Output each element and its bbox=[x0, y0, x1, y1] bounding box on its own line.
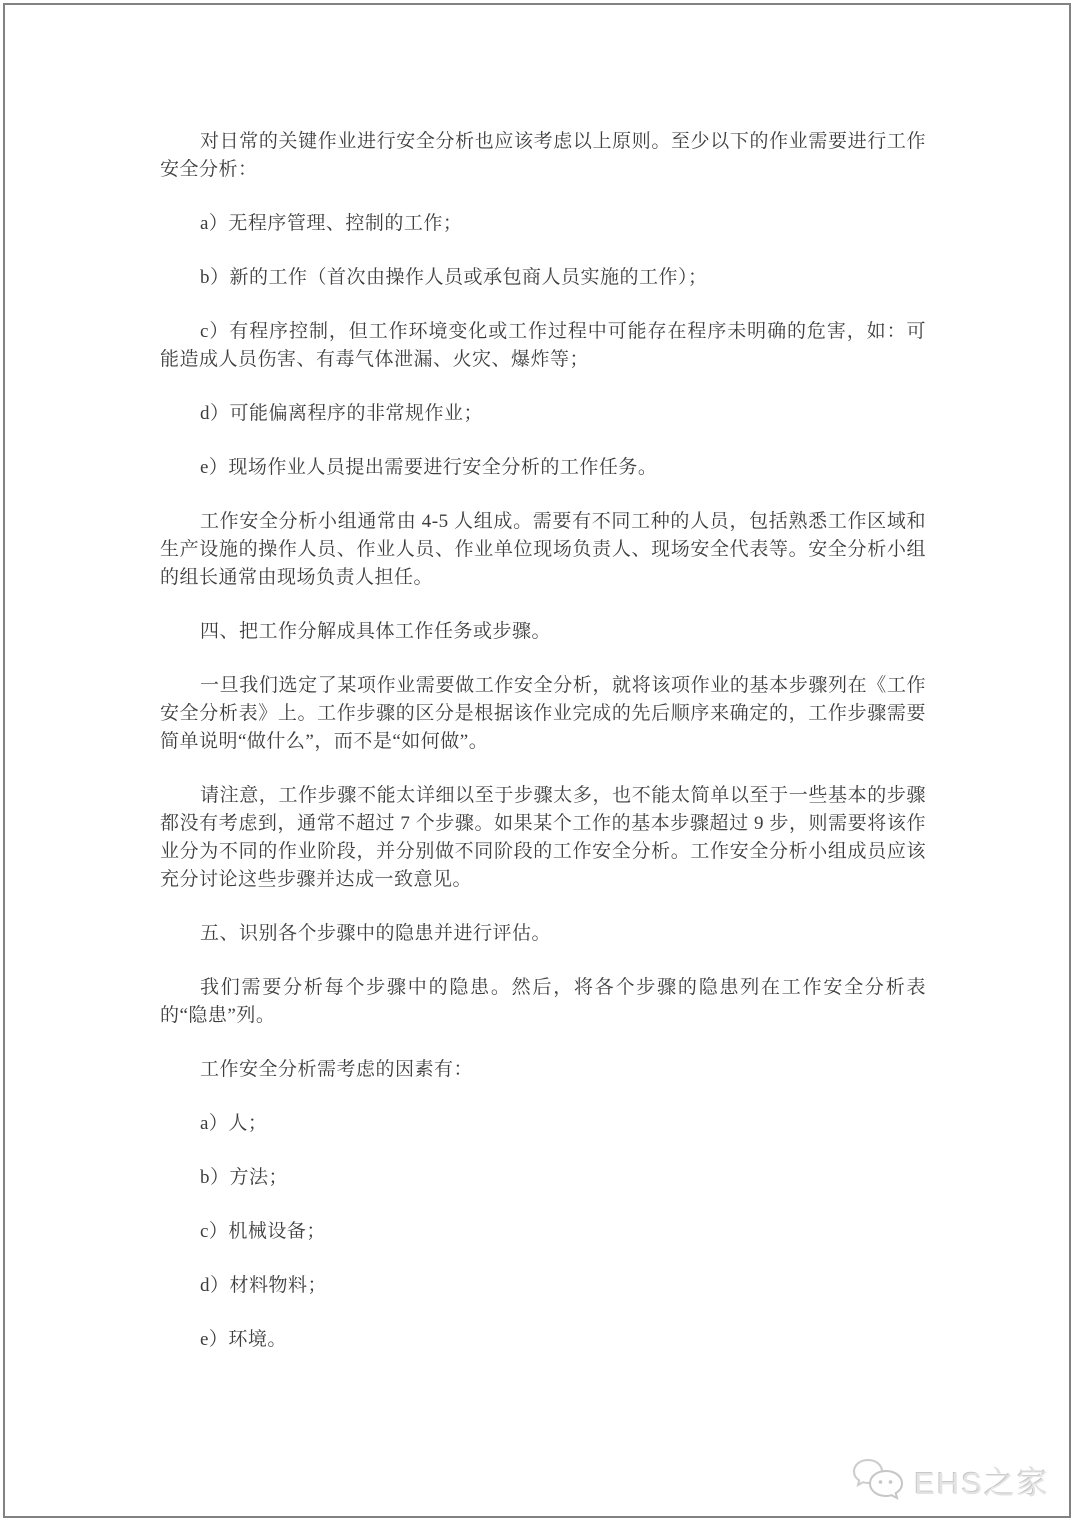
para-team: 工作安全分析小组通常由 4-5 人组成。需要有不同工种的人员，包括熟悉工作区域和… bbox=[160, 508, 926, 592]
heading-section-4: 四、把工作分解成具体工作任务或步骤。 bbox=[160, 618, 926, 646]
list-item-a: a）无程序管理、控制的工作； bbox=[160, 210, 926, 238]
list-item-b: b）新的工作（首次由操作人员或承包商人员实施的工作）； bbox=[160, 264, 926, 292]
para-steps-define: 一旦我们选定了某项作业需要做工作安全分析，就将该项作业的基本步骤列在《工作安全分… bbox=[160, 672, 926, 756]
para-steps-note: 请注意，工作步骤不能太详细以至于步骤太多，也不能太简单以至于一些基本的步骤都没有… bbox=[160, 782, 926, 894]
list-item-d: d）可能偏离程序的非常规作业； bbox=[160, 400, 926, 428]
factor-item-c: c）机械设备； bbox=[160, 1218, 926, 1246]
document-body: 对日常的关键作业进行安全分析也应该考虑以上原则。至少以下的作业需要进行工作安全分… bbox=[160, 128, 926, 1380]
heading-section-5: 五、识别各个步骤中的隐患并进行评估。 bbox=[160, 920, 926, 948]
para-hazard-column: 我们需要分析每个步骤中的隐患。然后，将各个步骤的隐患列在工作安全分析表的“隐患”… bbox=[160, 974, 926, 1030]
factor-item-d: d）材料物料； bbox=[160, 1272, 926, 1300]
para-intro: 对日常的关键作业进行安全分析也应该考虑以上原则。至少以下的作业需要进行工作安全分… bbox=[160, 128, 926, 184]
factor-item-b: b）方法； bbox=[160, 1164, 926, 1192]
wechat-icon bbox=[852, 1457, 906, 1503]
document-page: 对日常的关键作业进行安全分析也应该考虑以上原则。至少以下的作业需要进行工作安全分… bbox=[0, 0, 1080, 1527]
list-item-e: e）现场作业人员提出需要进行安全分析的工作任务。 bbox=[160, 454, 926, 482]
para-factors-intro: 工作安全分析需考虑的因素有： bbox=[160, 1056, 926, 1084]
factor-item-e: e）环境。 bbox=[160, 1326, 926, 1354]
list-item-c: c）有程序控制，但工作环境变化或工作过程中可能存在程序未明确的危害，如：可能造成… bbox=[160, 318, 926, 374]
watermark: EHS之家 bbox=[852, 1457, 1050, 1503]
factor-item-a: a）人； bbox=[160, 1110, 926, 1138]
watermark-label: EHS之家 bbox=[914, 1458, 1050, 1503]
